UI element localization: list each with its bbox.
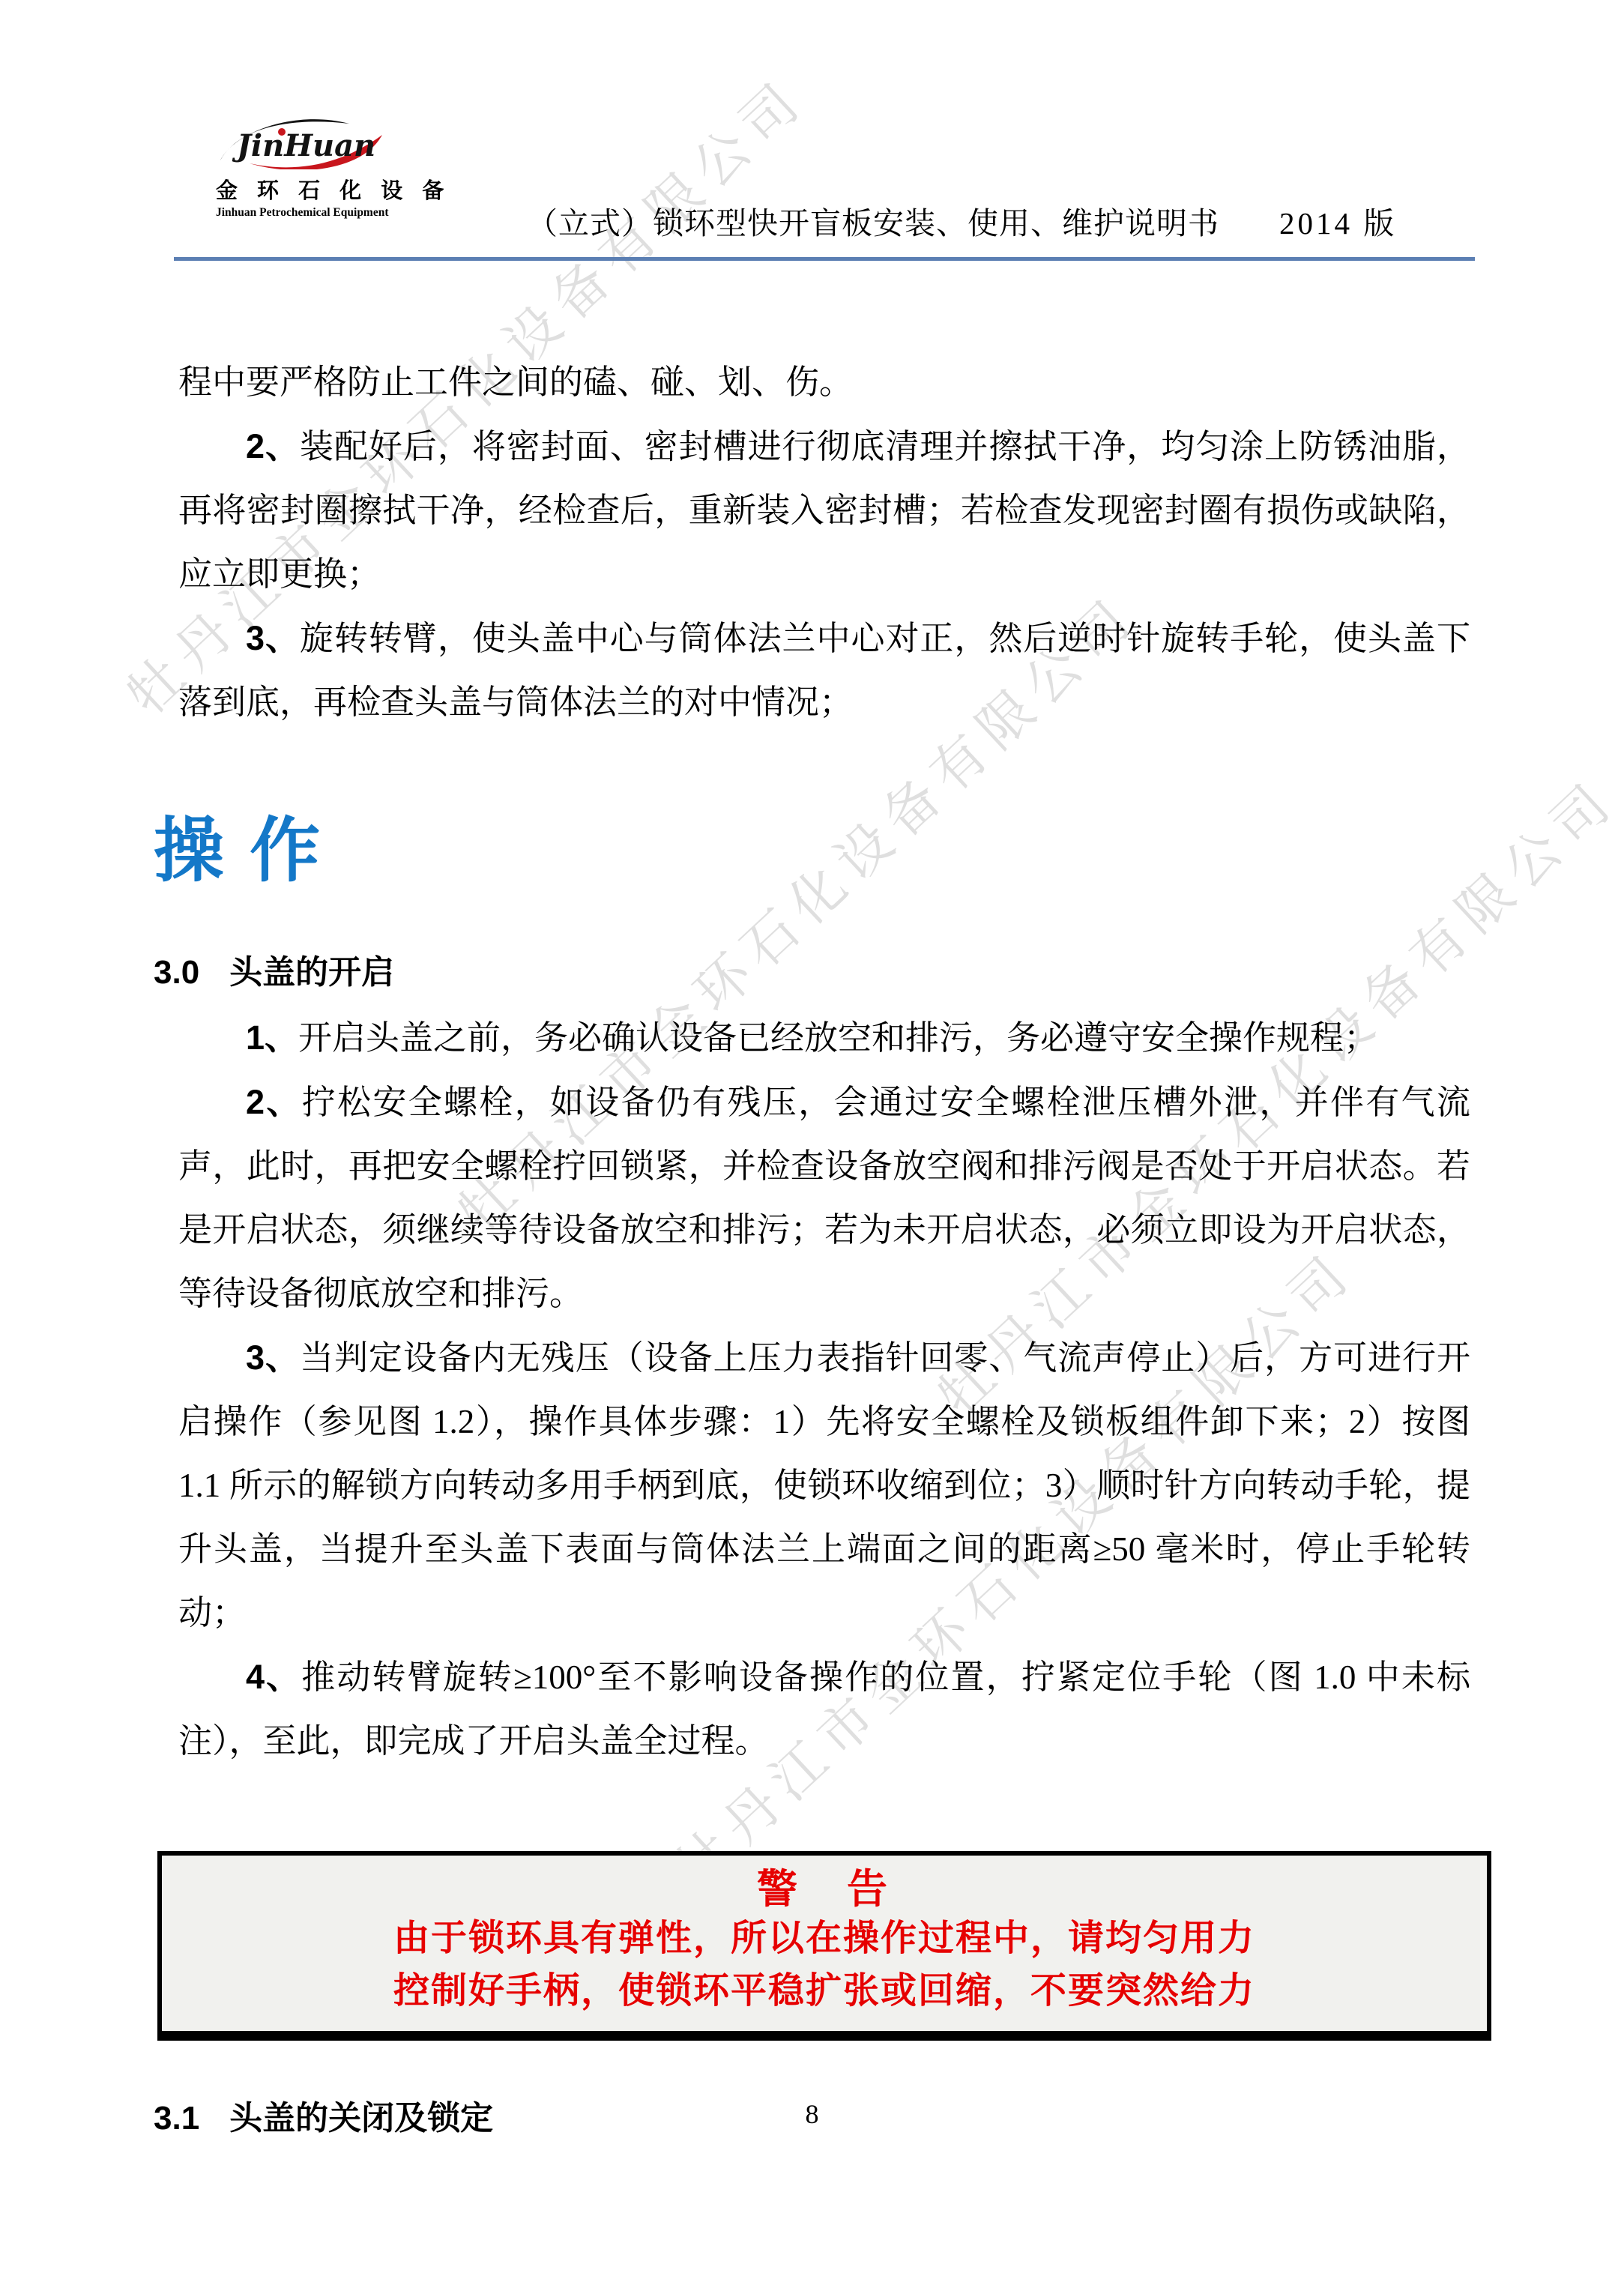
subsection-number: 3.0 — [154, 954, 199, 991]
list-number: 3、 — [246, 619, 300, 657]
document-title: （立式）锁环型快开盲板安装、使用、维护说明书 — [527, 204, 1219, 243]
header: （立式）锁环型快开盲板安装、使用、维护说明书 2014 版 — [527, 204, 1397, 243]
section-heading-operation: 操 作 — [154, 812, 1470, 889]
document-edition: 2014 版 — [1279, 204, 1397, 243]
paragraph-text: 拧松安全螺栓，如设备仍有残压，会通过安全螺栓泄压槽外泄，并伴有气流声，此时，再把… — [178, 1084, 1470, 1312]
paragraph-text: 旋转转臂，使头盖中心与筒体法兰中心对正，然后逆时针旋转手轮，使头盖下落到底，再检… — [178, 620, 1470, 721]
list-number: 2、 — [246, 427, 300, 465]
subsection-heading-3-0: 3.0头盖的开启 — [154, 940, 1470, 1006]
warning-title: 警 告 — [177, 1866, 1472, 1913]
list-number: 3、 — [246, 1338, 300, 1377]
paragraph-text: 推动转臂旋转≥100°至不影响设备操作的位置，拧紧定位手轮（图 1.0 中未标注… — [178, 1658, 1470, 1760]
warning-line-1: 由于锁环具有弹性，所以在操作过程中，请均匀用力 — [177, 1913, 1472, 1965]
company-logo: JinHuan 金 环 石 化 设 备 Jinhuan Petrochemica… — [216, 117, 388, 220]
header-divider — [174, 257, 1475, 261]
paragraph-assembly-3: 3、旋转转臂，使头盖中心与筒体法兰中心对正，然后逆时针旋转手轮，使头盖下落到底，… — [178, 606, 1470, 734]
document-body: 程中要严格防止工件之间的磕、碰、划、伤。 2、装配好后，将密封面、密封槽进行彻底… — [154, 351, 1470, 2141]
logo-english-name: Jinhuan Petrochemical Equipment — [216, 206, 388, 220]
page-number: 8 — [0, 2098, 1624, 2130]
list-number: 4、 — [246, 1658, 301, 1696]
paragraph-open-4: 4、推动转臂旋转≥100°至不影响设备操作的位置，拧紧定位手轮（图 1.0 中未… — [178, 1645, 1470, 1773]
warning-line-2: 控制好手柄，使锁环平稳扩张或回缩，不要突然给力 — [177, 1965, 1472, 2017]
svg-text:JinHuan: JinHuan — [232, 128, 375, 163]
subsection-title: 头盖的开启 — [229, 954, 394, 991]
logo-chinese-name: 金 环 石 化 设 备 — [216, 174, 388, 205]
jinhuan-logo-icon: JinHuan — [216, 117, 388, 169]
paragraph-open-1: 1、开启头盖之前，务必确认设备已经放空和排污，务必遵守安全操作规程； — [178, 1006, 1470, 1070]
paragraph-continuation: 程中要严格防止工件之间的磕、碰、划、伤。 — [178, 351, 1470, 414]
paragraph-assembly-2: 2、装配好后，将密封面、密封槽进行彻底清理并擦拭干净，均匀涂上防锈油脂，再将密封… — [178, 414, 1470, 606]
paragraph-text: 当判定设备内无残压（设备上压力表指针回零、气流声停止）后，方可进行开启操作（参见… — [178, 1339, 1470, 1631]
warning-box: 警 告 由于锁环具有弹性，所以在操作过程中，请均匀用力 控制好手柄，使锁环平稳扩… — [157, 1851, 1491, 2041]
paragraph-open-3: 3、当判定设备内无残压（设备上压力表指针回零、气流声停止）后，方可进行开启操作（… — [178, 1326, 1470, 1645]
paragraph-text: 开启头盖之前，务必确认设备已经放空和排污，务必遵守安全操作规程； — [298, 1019, 1377, 1057]
document-page: 牡丹江市金环石化设备有限公司 牡丹江市金环石化设备有限公司 牡丹江市金环石化设备… — [0, 0, 1624, 2279]
paragraph-open-2: 2、拧松安全螺栓，如设备仍有残压，会通过安全螺栓泄压槽外泄，并伴有气流声，此时，… — [178, 1070, 1470, 1326]
list-number: 1、 — [246, 1018, 298, 1057]
list-number: 2、 — [246, 1083, 302, 1121]
paragraph-text: 装配好后，将密封面、密封槽进行彻底清理并擦拭干净，均匀涂上防锈油脂，再将密封圈擦… — [178, 428, 1470, 593]
